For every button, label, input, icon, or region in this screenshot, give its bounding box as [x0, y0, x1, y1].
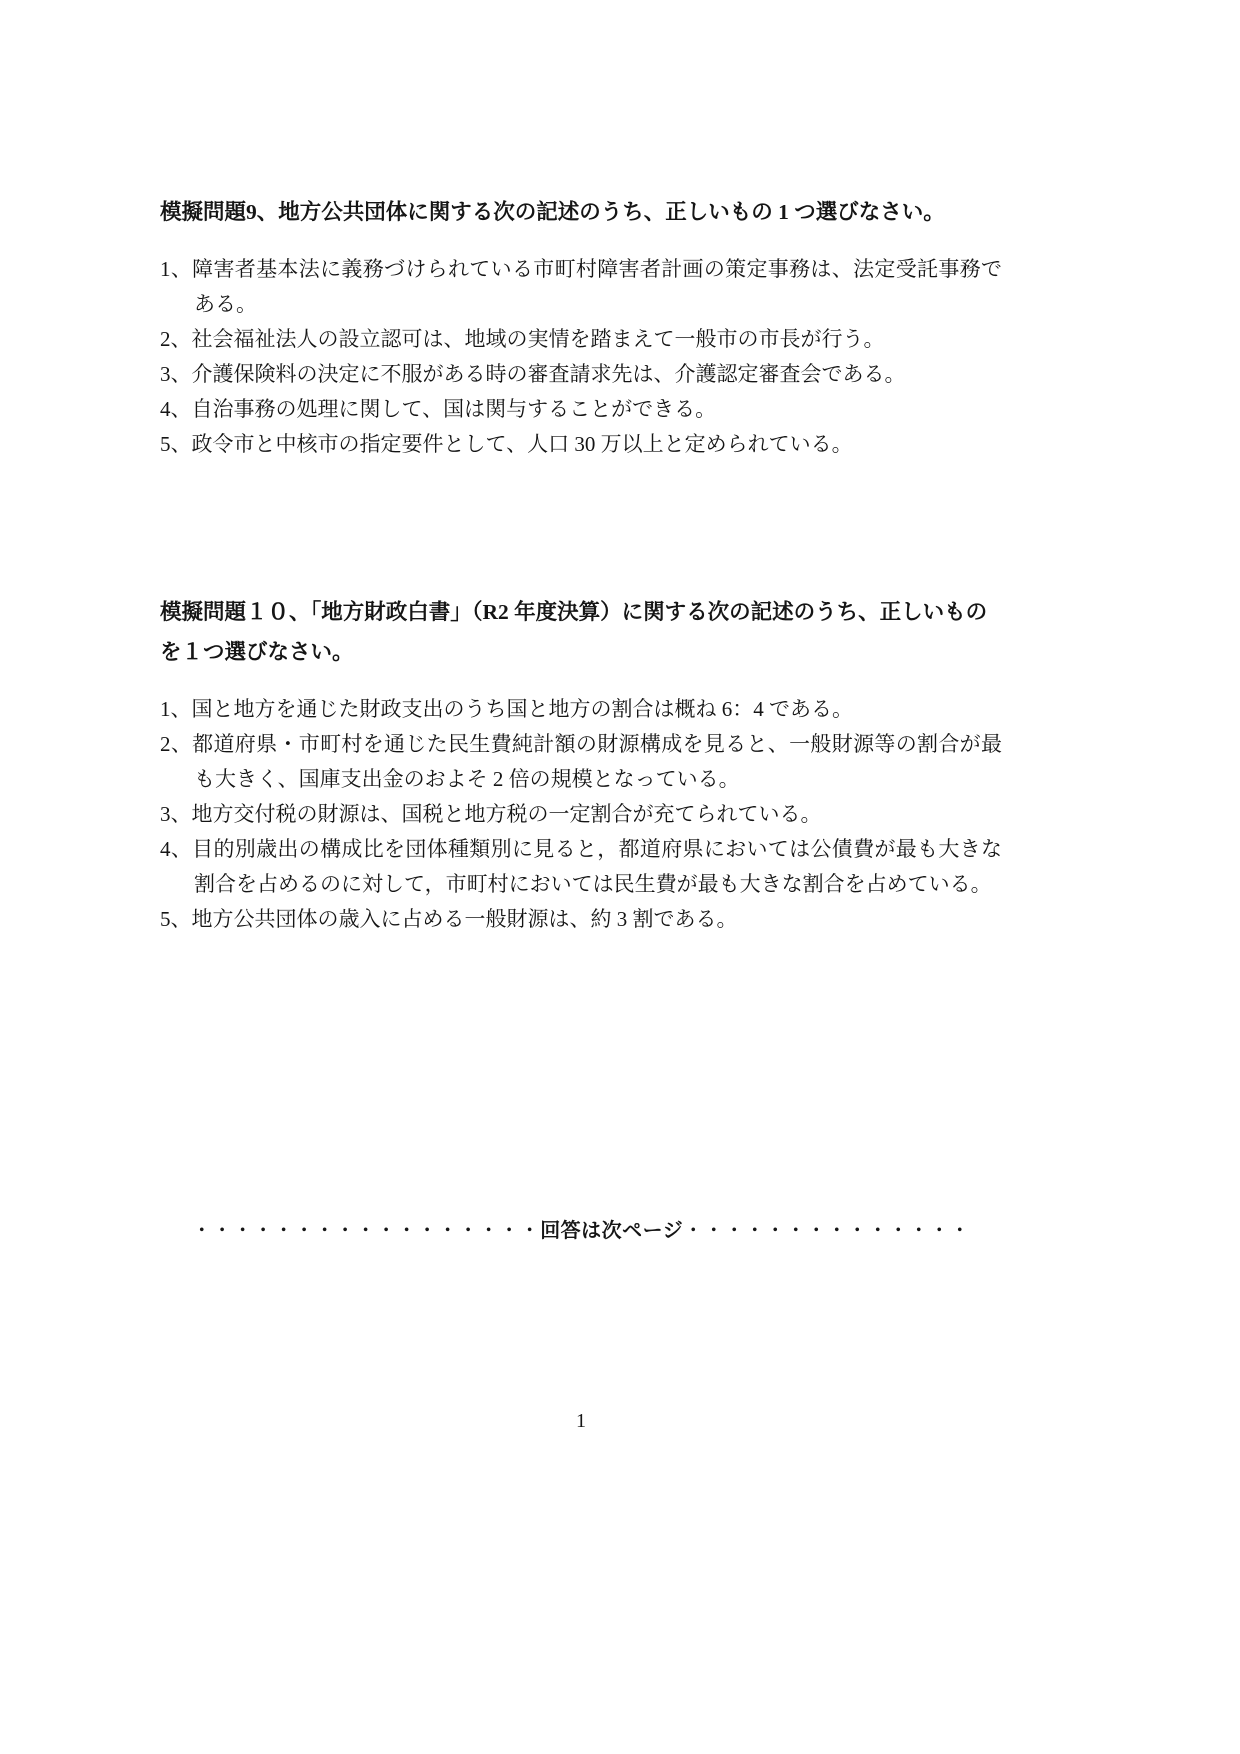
question-10-title: 模擬問題１０、「地方財政白書」（R2 年度決算）に関する次の記述のうち、正しいも…: [160, 592, 1002, 672]
question-9-option-2: 2、社会福祉法人の設立認可は、地域の実情を踏まえて一般市の市長が行う。: [160, 322, 1002, 357]
answer-separator-section: ・・・・・・・・・・・・・・・・・回答は次ページ・・・・・・・・・・・・・・: [160, 1216, 1002, 1246]
question-9-options: 1、障害者基本法に義務づけられている市町村障害者計画の策定事務は、法定受託事務で…: [160, 252, 1002, 462]
question-9-option-4: 4、自治事務の処理に関して、国は関与することができる。: [160, 392, 1002, 427]
page-number: 1: [160, 1408, 1002, 1434]
question-10-option-1: 1、国と地方を通じた財政支出のうち国と地方の割合は概ね 6：4 である。: [160, 692, 1002, 727]
question-10-option-3: 3、地方交付税の財源は、国税と地方税の一定割合が充てられている。: [160, 797, 1002, 832]
question-10-option-4: 4、目的別歳出の構成比を団体種類別に見ると，都道府県においては公債費が最も大きな…: [160, 832, 1002, 902]
question-9-option-5: 5、政令市と中核市の指定要件として、人口 30 万以上と定められている。: [160, 427, 1002, 462]
question-9-title: 模擬問題9、地方公共団体に関する次の記述のうち、正しいもの 1 つ選びなさい。: [160, 192, 1002, 232]
document-page: 模擬問題9、地方公共団体に関する次の記述のうち、正しいもの 1 つ選びなさい。 …: [0, 0, 1240, 1754]
question-9-option-1: 1、障害者基本法に義務づけられている市町村障害者計画の策定事務は、法定受託事務で…: [160, 252, 1002, 322]
separator-label: 回答は次ページ: [540, 1220, 683, 1242]
separator-right-dots: ・・・・・・・・・・・・・・: [683, 1220, 970, 1242]
question-10-option-5: 5、地方公共団体の歳入に占める一般財源は、約 3 割である。: [160, 902, 1002, 937]
separator-left-dots: ・・・・・・・・・・・・・・・・・: [192, 1220, 541, 1242]
answer-next-page-separator: ・・・・・・・・・・・・・・・・・回答は次ページ・・・・・・・・・・・・・・: [160, 1216, 1002, 1246]
question-10-options: 1、国と地方を通じた財政支出のうち国と地方の割合は概ね 6：4 である。 2、都…: [160, 692, 1002, 937]
question-10-section: 模擬問題１０、「地方財政白書」（R2 年度決算）に関する次の記述のうち、正しいも…: [160, 592, 1002, 672]
question-10-option-2: 2、都道府県・市町村を通じた民生費純計額の財源構成を見ると、一般財源等の割合が最…: [160, 727, 1002, 797]
question-9-option-3: 3、介護保険料の決定に不服がある時の審査請求先は、介護認定審査会である。: [160, 357, 1002, 392]
question-9-section: 模擬問題9、地方公共団体に関する次の記述のうち、正しいもの 1 つ選びなさい。: [160, 192, 1002, 232]
